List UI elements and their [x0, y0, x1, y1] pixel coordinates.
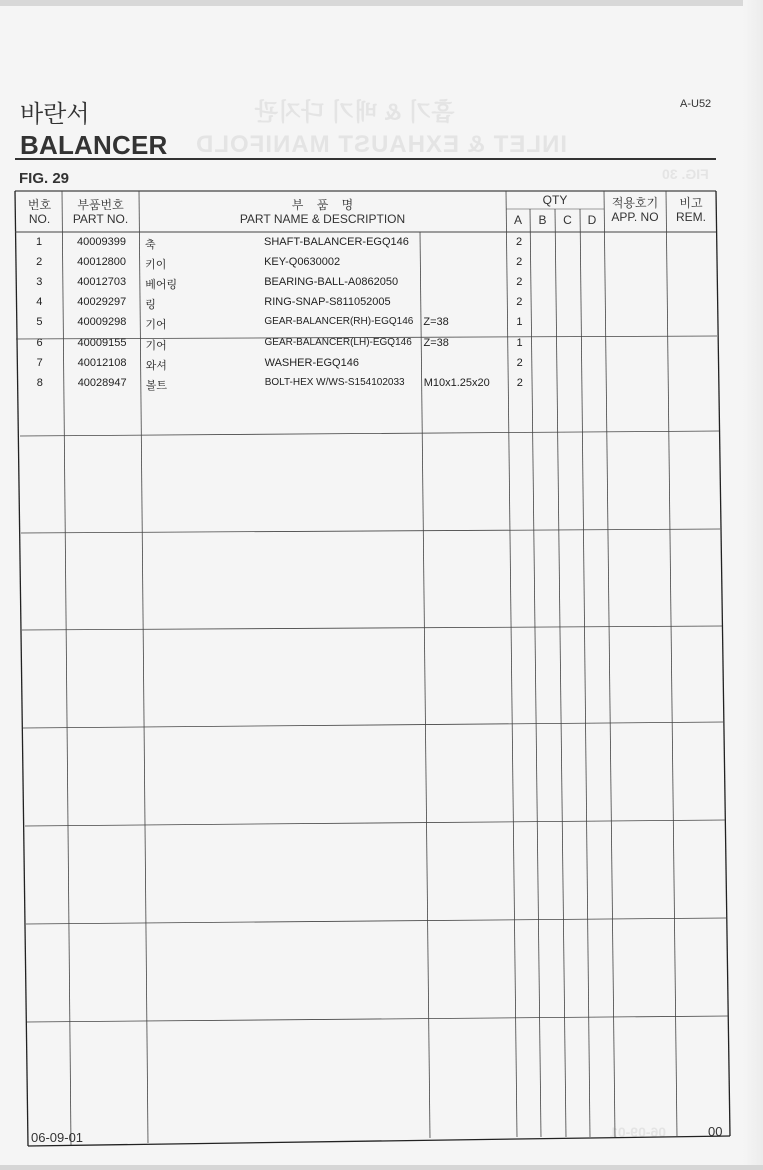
header-no: NO. — [17, 212, 62, 226]
header-qty: QTY — [506, 193, 604, 207]
header-part-name: PART NAME & DESCRIPTION — [139, 212, 506, 226]
header-part-no-korean: 부품번호 — [62, 196, 139, 213]
row-part-name: WASHER-EGQ146 — [265, 357, 359, 369]
row-part-number: 40029297 — [77, 296, 126, 308]
row-name-korean: 볼트 — [146, 377, 167, 393]
row-name-korean: 링 — [145, 296, 156, 312]
header-qty-d: D — [580, 213, 604, 227]
row-name-korean: 기어 — [145, 316, 166, 332]
row-qty-a: 2 — [516, 296, 522, 308]
row-qty-a: 2 — [516, 256, 522, 268]
row-number: 6 — [37, 337, 43, 349]
header-remarks-korean: 비고 — [666, 194, 716, 211]
row-spec: Z=38 — [423, 316, 448, 328]
row-name-korean: 축 — [145, 236, 156, 252]
row-number: 4 — [36, 296, 42, 308]
row-part-number: 40009399 — [77, 236, 126, 248]
header-part-no: PART NO. — [62, 212, 139, 226]
header-qty-a: A — [506, 213, 530, 227]
row-part-number: 40012703 — [77, 276, 126, 288]
row-qty-a: 2 — [517, 357, 523, 369]
row-part-name: RING-SNAP-S811052005 — [264, 296, 390, 308]
row-qty-a: 1 — [516, 316, 522, 328]
header-no-korean: 번호 — [17, 196, 62, 213]
header-app-no-korean: 적용호기 — [604, 194, 666, 211]
row-spec: M10x1.25x20 — [424, 377, 490, 389]
row-part-number: 40009155 — [78, 337, 127, 349]
row-name-korean: 베어링 — [145, 276, 177, 292]
row-part-number: 40028947 — [78, 377, 127, 389]
row-part-name: GEAR-BALANCER(RH)-EGQ146 — [264, 316, 413, 327]
row-part-name: SHAFT-BALANCER-EGQ146 — [264, 236, 409, 248]
header-remarks: REM. — [666, 210, 716, 224]
row-number: 1 — [36, 236, 42, 248]
row-name-korean: 기어 — [146, 337, 167, 353]
row-qty-a: 1 — [517, 337, 523, 349]
row-qty-a: 2 — [516, 236, 522, 248]
row-number: 7 — [37, 357, 43, 369]
header-app-no: APP. NO — [604, 210, 666, 224]
footer-page-number: 00 — [708, 1124, 722, 1139]
row-part-name: BOLT-HEX W/WS-S154102033 — [265, 377, 405, 388]
row-part-name: GEAR-BALANCER(LH)-EGQ146 — [265, 337, 412, 348]
row-qty-a: 2 — [516, 276, 522, 288]
row-number: 2 — [36, 256, 42, 268]
row-spec: Z=38 — [424, 337, 449, 349]
row-name-korean: 키이 — [145, 256, 166, 272]
header-qty-b: B — [530, 213, 555, 227]
row-part-name: BEARING-BALL-A0862050 — [264, 276, 398, 288]
row-number: 5 — [36, 316, 42, 328]
parts-table-grid — [0, 0, 763, 1170]
row-part-number: 40009298 — [77, 316, 126, 328]
footer-date: 06-09-01 — [31, 1130, 83, 1145]
header-name-korean: 부 품 명 — [139, 196, 506, 213]
header-qty-c: C — [555, 213, 580, 227]
row-part-number: 40012800 — [77, 256, 126, 268]
row-name-korean: 와셔 — [146, 357, 167, 373]
row-number: 3 — [36, 276, 42, 288]
row-number: 8 — [37, 377, 43, 389]
row-part-number: 40012108 — [78, 357, 127, 369]
row-part-name: KEY-Q0630002 — [264, 256, 340, 268]
row-qty-a: 2 — [517, 377, 523, 389]
